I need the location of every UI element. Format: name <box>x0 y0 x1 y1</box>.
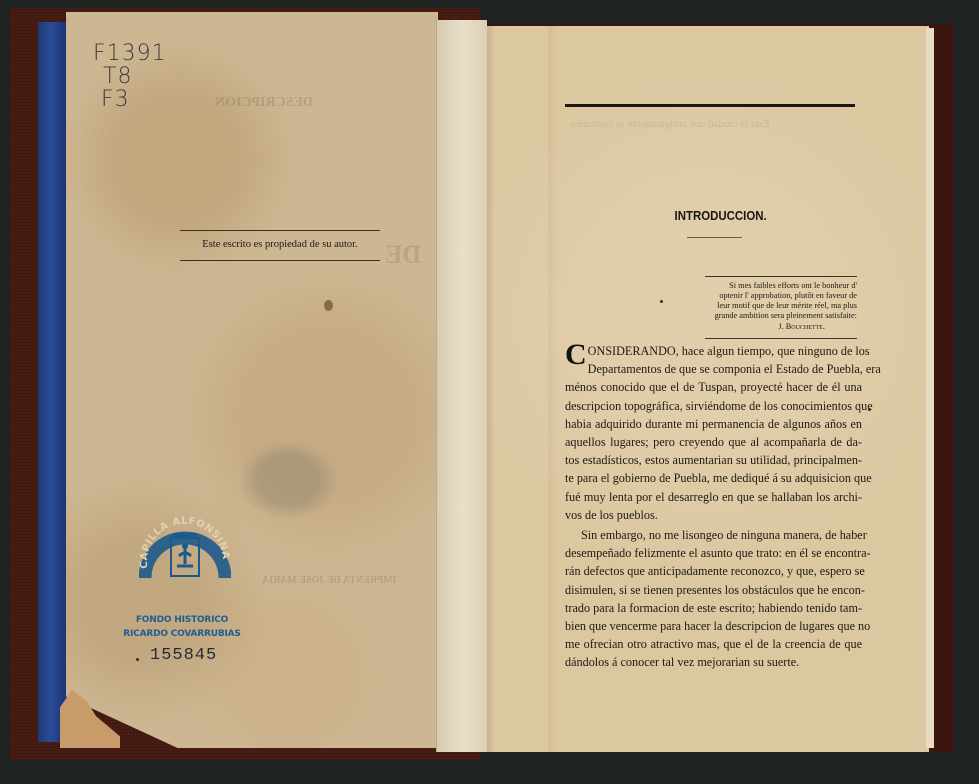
epigraph-line: leur motif que de leur mérite réel, ma p… <box>705 301 857 311</box>
paragraph-2: Sin embargo, no me lisongeo de ninguna m… <box>565 526 862 672</box>
ink-stain <box>324 300 333 311</box>
epigraph-line: optenir l' approbation, plutôt en faveur… <box>705 291 857 301</box>
dot <box>136 658 139 661</box>
paragraph-1: C ONSIDERANDO, hace algun tiempo, que ni… <box>565 342 862 524</box>
body-text: C ONSIDERANDO, hace algun tiempo, que ni… <box>565 342 862 672</box>
text-line: Sin embargo, no me lisongeo de ninguna m… <box>565 526 862 544</box>
epigraph-line: Si mes faibles efforts ont le bonheur d' <box>705 281 857 291</box>
text-line: aquellos lugares; pero creyendo que al a… <box>565 433 862 451</box>
library-stamp-icon: CAPILLA ALFONSINA <box>139 516 231 594</box>
blue-endpaper <box>38 22 68 742</box>
ghost-text-right: Esta la ciudad que antiguamente se comun… <box>570 118 770 130</box>
header-rule <box>565 104 855 107</box>
text-line: descripcion topográfica, sirviéndome de … <box>565 397 862 415</box>
call-number: F1391 T8 F3 <box>93 42 167 111</box>
heading-underline <box>687 237 742 238</box>
accession-number: 155845 <box>150 646 217 665</box>
call-number-line-2: T8 <box>93 65 167 88</box>
text-line: vos de los pueblos. <box>565 506 862 524</box>
copyright-notice-text: Este escrito es propiedad de su autor. <box>202 239 357 250</box>
chapter-heading: INTRODUCCION. <box>670 208 771 223</box>
text-line: disimulen, si se tienen presentes los ob… <box>565 581 862 599</box>
ghost-title-large: DE <box>385 240 421 270</box>
text-line: trado para la formacion de este escrito;… <box>565 599 862 617</box>
text-line: dándolos á conocer tal vez mejorarian su… <box>565 653 862 671</box>
text-line: bien que vencerme para hacer la descripc… <box>565 617 862 635</box>
text-line: Departamentos de que se componia el Esta… <box>565 360 862 378</box>
text-line: me ofrecian otro atractivo mas, que el d… <box>565 635 862 653</box>
copyright-notice: Este escrito es propiedad de su autor. <box>180 230 380 261</box>
text-line: fué muy lenta por el desarreglo en que s… <box>565 488 862 506</box>
stamp-caption: FONDO HISTORICO RICARDO COVARRUBIAS <box>112 613 252 641</box>
epigraph-attribution: J. Bouchette. <box>705 322 857 332</box>
dot <box>660 300 663 303</box>
call-number-line-3: F3 <box>93 88 167 111</box>
text-line: tos estadísticos, estos aumentarian su u… <box>565 451 862 469</box>
epigraph: Si mes faibles efforts ont le bonheur d'… <box>705 276 857 339</box>
ghost-imprint: IMPRENTA DE JOSÉ MARIA <box>262 575 397 586</box>
text-line: ménos conocido que el de Tuspan, proyect… <box>565 378 862 396</box>
text-line: te para el gobierno de Puebla, me dediqu… <box>565 469 862 487</box>
text-line: habia adquirido durante mi permanencia d… <box>565 415 862 433</box>
text-line: rán defectos que anticipadamente reconoz… <box>565 562 862 580</box>
page-edge <box>926 28 934 748</box>
dot <box>868 408 871 411</box>
stamp-line-2: RICARDO COVARRUBIAS <box>112 627 252 641</box>
call-number-line-1: F1391 <box>93 42 167 65</box>
page-fold <box>436 20 487 752</box>
ghost-title: DESCRIPCION <box>215 95 313 111</box>
stamp-line-1: FONDO HISTORICO <box>112 613 252 627</box>
ghost-crest <box>238 440 338 520</box>
text-line: desempeñado felizmente el asunto que tra… <box>565 544 862 562</box>
drop-cap: C <box>565 342 587 367</box>
epigraph-line: grande ambition sera pleinement satisfai… <box>705 311 857 321</box>
text-line: ONSIDERANDO, hace algun tiempo, que ning… <box>565 342 862 360</box>
